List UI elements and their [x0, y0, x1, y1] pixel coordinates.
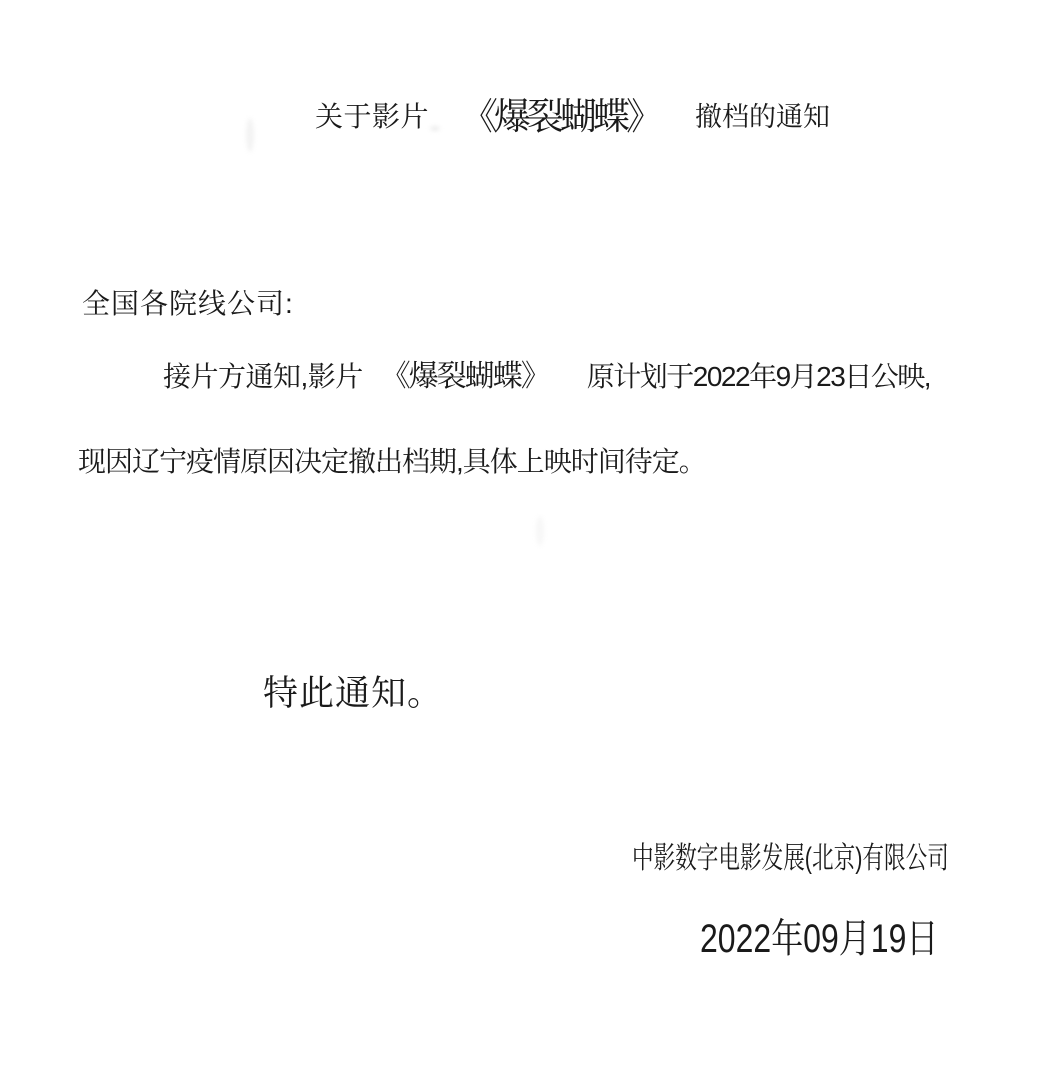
body-line-1-tail: 原计划于2022年9月23日公映, [587, 361, 930, 393]
notice-document: 关于影片 《爆裂蝴蝶》 撤档的通知 全国各院线公司: 接片方通知,影片 《爆裂蝴… [0, 0, 1043, 1082]
notice-title: 关于影片 《爆裂蝴蝶》 撤档的通知 [315, 96, 830, 139]
body-line-1-film-name: 《爆裂蝴蝶》 [381, 360, 549, 395]
salutation: 全国各院线公司: [82, 288, 294, 320]
company-signature: 中影数字电影发展(北京)有限公司 [632, 842, 949, 877]
scan-artifact [246, 118, 254, 152]
title-prefix: 关于影片 [315, 101, 429, 133]
body-line-1: 接片方通知,影片 《爆裂蝴蝶》 原计划于2022年9月23日公映, [163, 360, 930, 395]
closing-phrase: 特此通知。 [263, 674, 443, 714]
notice-date: 2022年09月19日 [700, 916, 938, 962]
scan-artifact [536, 516, 544, 546]
body-line-1-lead: 接片方通知,影片 [163, 361, 363, 393]
body-line-2: 现因辽宁疫情原因决定撤出档期,具体上映时间待定。 [78, 446, 706, 478]
title-film-name: 《爆裂蝴蝶》 [461, 96, 659, 139]
title-suffix: 撤档的通知 [695, 102, 830, 133]
